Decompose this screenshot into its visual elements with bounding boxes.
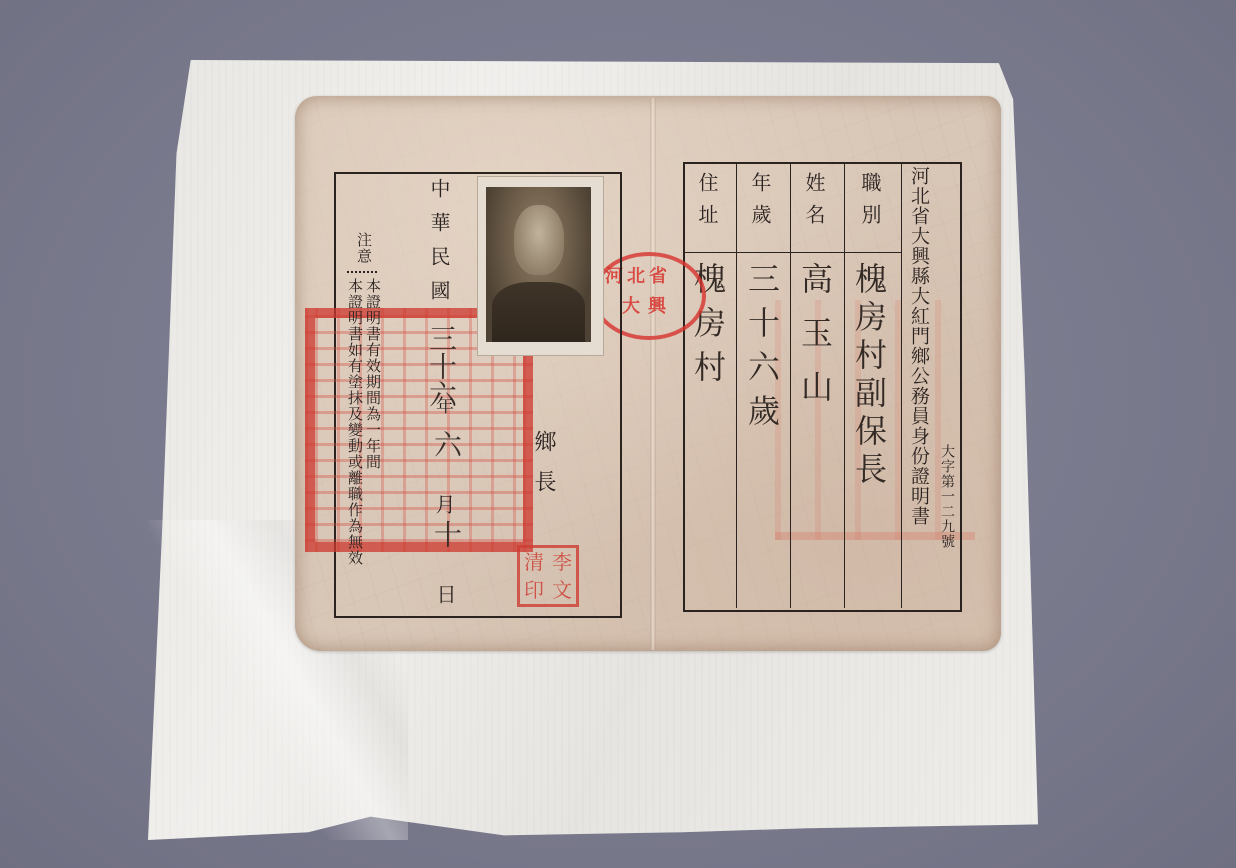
column-divider (844, 163, 845, 608)
date-day: 十 (430, 520, 462, 550)
oval-seal-bottom-text: 大興 (622, 292, 674, 318)
seal-char: 李 (548, 548, 576, 576)
field-label-position: 職別 (858, 172, 882, 236)
serial-number: 大字第一二九號 (938, 444, 956, 549)
certificate-title: 河北省大興縣大紅門鄉公務員身份證明書 (906, 166, 932, 526)
seal-char: 文 (548, 576, 576, 604)
notice-underline (347, 271, 377, 277)
notice-line-1: 本證明書有效期間為一年間 (364, 278, 381, 470)
field-label-age: 年歲 (748, 172, 772, 236)
date-era: 中華民國 (427, 178, 451, 314)
photo-portrait (486, 187, 591, 342)
notice-heading: 注意 (355, 232, 373, 264)
card-center-fold (650, 98, 656, 650)
field-value-position: 槐房村副保長 (850, 262, 888, 490)
id-photo (477, 176, 604, 356)
column-divider (901, 163, 902, 608)
date-month-suffix: 月 (432, 494, 456, 516)
field-value-age: 三十六歲 (743, 262, 781, 438)
header-row-divider (684, 252, 901, 253)
photo-face (514, 205, 564, 275)
field-label-name: 姓名 (802, 172, 826, 236)
field-value-name: 高玉山 (796, 262, 834, 424)
date-year-suffix: 年 (432, 396, 454, 416)
field-label-address: 住址 (695, 172, 719, 236)
small-name-seal: 清 李 印 文 (517, 545, 579, 607)
issuer-title: 鄉長 (530, 430, 556, 510)
notice-line-2: 本證明書如有塗抹及變動或離職作為無效 (346, 278, 363, 566)
column-divider (736, 163, 737, 608)
date-month: 六 (430, 430, 462, 460)
seal-char: 清 (520, 548, 548, 576)
seal-char: 印 (520, 576, 548, 604)
column-divider (790, 163, 791, 608)
photo-body (492, 282, 585, 342)
date-day-suffix: 日 (433, 584, 457, 606)
